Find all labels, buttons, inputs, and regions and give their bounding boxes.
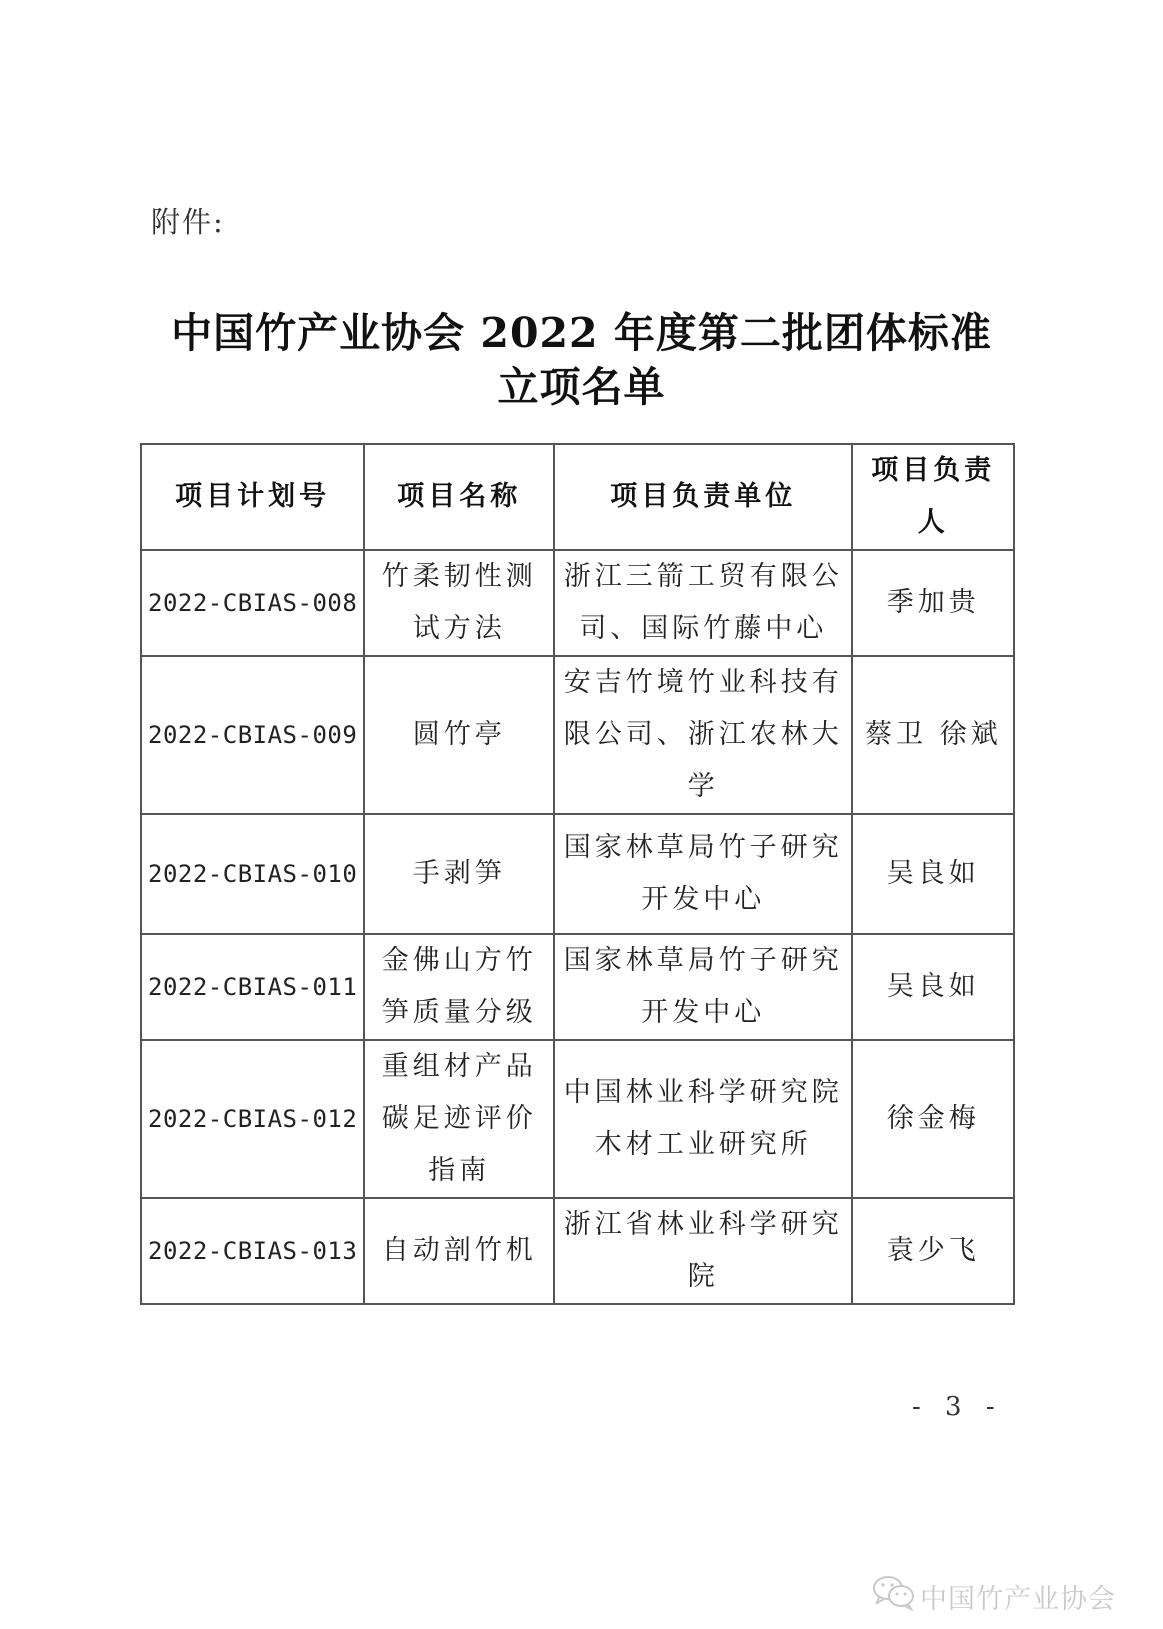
attachment-label: 附件: (151, 200, 225, 241)
cell-project-name: 自动剖竹机 (364, 1198, 554, 1304)
wechat-watermark: 中国竹产业协会 (872, 1575, 1116, 1618)
cell-project-name: 竹柔韧性测试方法 (364, 550, 554, 656)
cell-responsible-unit: 安吉竹境竹业科技有限公司、浙江农林大学 (554, 656, 852, 814)
cell-responsible-unit: 国家林草局竹子研究开发中心 (554, 814, 852, 934)
header-project-name: 项目名称 (364, 444, 554, 550)
table-row: 2022-CBIAS-012 重组材产品碳足迹评价指南 中国林业科学研究院木材工… (141, 1040, 1014, 1198)
table-row: 2022-CBIAS-010 手剥笋 国家林草局竹子研究开发中心 吴良如 (141, 814, 1014, 934)
watermark-text: 中国竹产业协会 (920, 1577, 1116, 1616)
cell-plan-no: 2022-CBIAS-008 (141, 550, 364, 656)
cell-responsible-unit: 浙江省林业科学研究院 (554, 1198, 852, 1304)
cell-responsible-person: 季加贵 (852, 550, 1014, 656)
page-number: - 3 - (912, 1392, 1003, 1422)
cell-plan-no: 2022-CBIAS-011 (141, 934, 364, 1040)
wechat-icon (872, 1575, 920, 1618)
document-title-line1: 中国竹产业协会 2022 年度第二批团体标准 (0, 300, 1163, 359)
cell-responsible-unit: 浙江三箭工贸有限公司、国际竹藤中心 (554, 550, 852, 656)
table-header-row: 项目计划号 项目名称 项目负责单位 项目负责人 (141, 444, 1014, 550)
table-row: 2022-CBIAS-013 自动剖竹机 浙江省林业科学研究院 袁少飞 (141, 1198, 1014, 1304)
cell-plan-no: 2022-CBIAS-012 (141, 1040, 364, 1198)
cell-project-name: 圆竹亭 (364, 656, 554, 814)
project-list-table: 项目计划号 项目名称 项目负责单位 项目负责人 2022-CBIAS-008 竹… (140, 443, 1015, 1305)
cell-responsible-person: 吴良如 (852, 934, 1014, 1040)
table-row: 2022-CBIAS-009 圆竹亭 安吉竹境竹业科技有限公司、浙江农林大学 蔡… (141, 656, 1014, 814)
document-title-line2: 立项名单 (0, 354, 1163, 413)
cell-responsible-person: 蔡卫 徐斌 (852, 656, 1014, 814)
cell-responsible-person: 吴良如 (852, 814, 1014, 934)
header-plan-no: 项目计划号 (141, 444, 364, 550)
cell-responsible-person: 袁少飞 (852, 1198, 1014, 1304)
cell-plan-no: 2022-CBIAS-009 (141, 656, 364, 814)
cell-project-name: 金佛山方竹笋质量分级 (364, 934, 554, 1040)
cell-responsible-unit: 中国林业科学研究院木材工业研究所 (554, 1040, 852, 1198)
header-responsible-person: 项目负责人 (852, 444, 1014, 550)
table-row: 2022-CBIAS-008 竹柔韧性测试方法 浙江三箭工贸有限公司、国际竹藤中… (141, 550, 1014, 656)
cell-project-name: 手剥笋 (364, 814, 554, 934)
cell-plan-no: 2022-CBIAS-013 (141, 1198, 364, 1304)
cell-plan-no: 2022-CBIAS-010 (141, 814, 364, 934)
cell-project-name: 重组材产品碳足迹评价指南 (364, 1040, 554, 1198)
table-row: 2022-CBIAS-011 金佛山方竹笋质量分级 国家林草局竹子研究开发中心 … (141, 934, 1014, 1040)
cell-responsible-person: 徐金梅 (852, 1040, 1014, 1198)
header-responsible-unit: 项目负责单位 (554, 444, 852, 550)
cell-responsible-unit: 国家林草局竹子研究开发中心 (554, 934, 852, 1040)
